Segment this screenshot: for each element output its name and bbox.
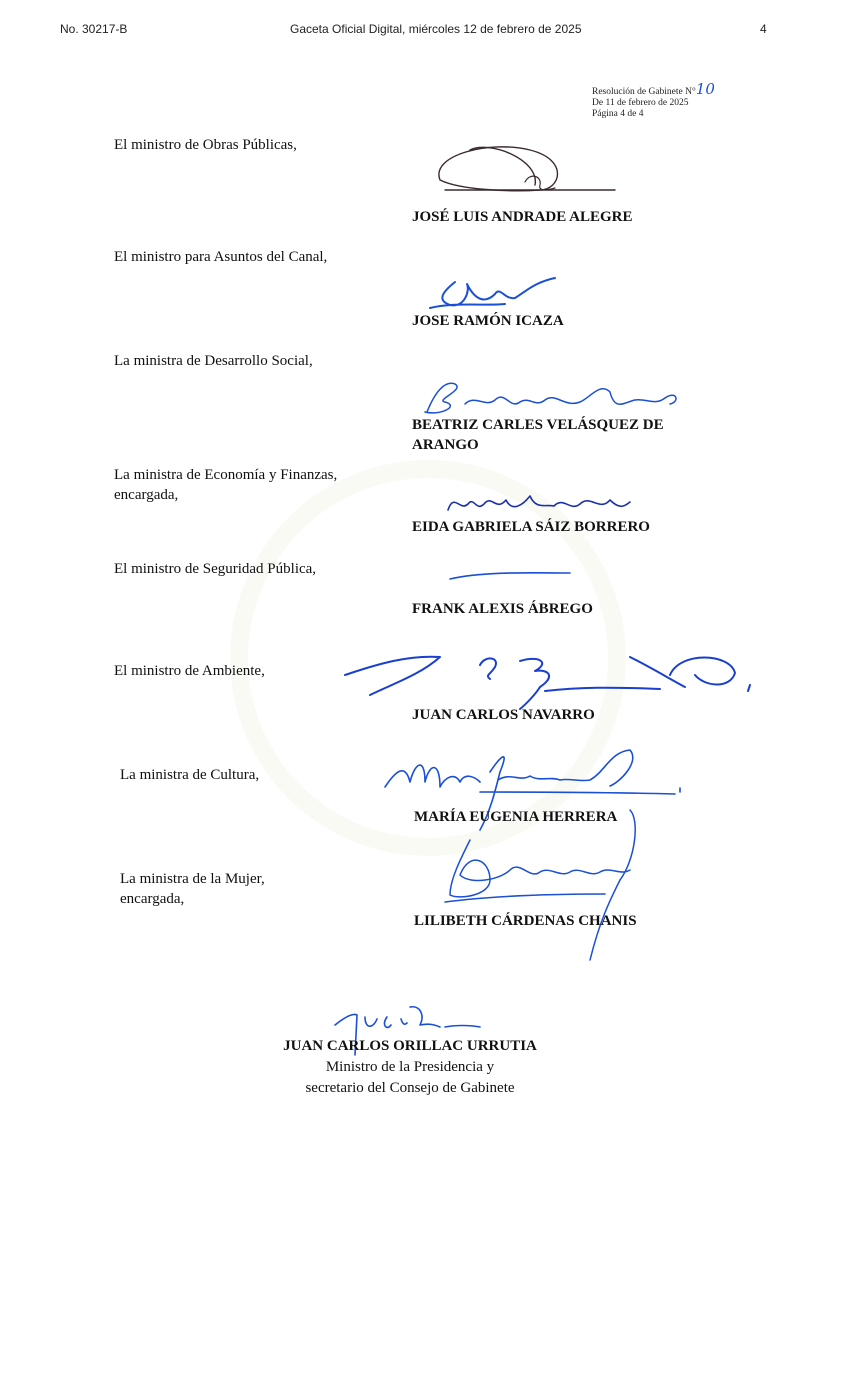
- signature-icaza: [425, 270, 575, 315]
- name-andrade: JOSÉ LUIS ANDRADE ALEGRE: [412, 208, 632, 227]
- role-obras-publicas: El ministro de Obras Públicas,: [114, 136, 297, 155]
- name-saiz: EIDA GABRIELA SÁIZ BORRERO: [412, 518, 650, 537]
- role-asuntos-canal: El ministro para Asuntos del Canal,: [114, 248, 327, 267]
- name-carles-line1: BEATRIZ CARLES VELÁSQUEZ DE: [412, 416, 664, 435]
- role-desarrollo-social: La ministra de Desarrollo Social,: [114, 352, 313, 371]
- role-economia-encargada: encargada,: [114, 486, 178, 505]
- title-orillac-line2: secretario del Consejo de Gabinete: [0, 1078, 820, 1099]
- resolution-label: Resolución de Gabinete N°: [592, 87, 696, 97]
- role-economia-finanzas: La ministra de Economía y Finanzas,: [114, 466, 337, 485]
- role-cultura: La ministra de Cultura,: [120, 766, 259, 785]
- signature-abrego: [445, 565, 575, 585]
- signature-navarro: [340, 645, 770, 715]
- page-count: Página 4 de 4: [592, 109, 715, 120]
- name-cardenas: LILIBETH CÁRDENAS CHANIS: [414, 912, 637, 931]
- name-abrego: FRANK ALEXIS ÁBREGO: [412, 600, 593, 619]
- name-navarro: JUAN CARLOS NAVARRO: [412, 706, 595, 725]
- gazette-number: No. 30217-B: [60, 22, 127, 36]
- signature-andrade: [430, 140, 630, 200]
- handwritten-resolution-number: 10: [696, 80, 715, 98]
- name-icaza: JOSE RAMÓN ICAZA: [412, 312, 564, 331]
- final-signatory-block: JUAN CARLOS ORILLAC URRUTIA Ministro de …: [0, 1036, 820, 1099]
- signature-cardenas: [430, 800, 650, 965]
- name-orillac: JUAN CARLOS ORILLAC URRUTIA: [0, 1036, 820, 1057]
- resolution-date: De 11 de febrero de 2025: [592, 98, 715, 109]
- name-carles-line2: ARANGO: [412, 436, 479, 455]
- signature-carles: [415, 372, 695, 422]
- role-mujer-encargada: encargada,: [120, 890, 184, 909]
- role-seguridad-publica: El ministro de Seguridad Pública,: [114, 560, 316, 579]
- page-number: 4: [760, 22, 767, 36]
- gazette-title: Gaceta Oficial Digital, miércoles 12 de …: [290, 22, 582, 36]
- role-ambiente: El ministro de Ambiente,: [114, 662, 265, 681]
- signature-saiz: [440, 482, 640, 522]
- role-mujer: La ministra de la Mujer,: [120, 870, 265, 889]
- resolution-reference: Resolución de Gabinete N°10 De 11 de feb…: [592, 84, 715, 120]
- title-orillac-line1: Ministro de la Presidencia y: [0, 1057, 820, 1078]
